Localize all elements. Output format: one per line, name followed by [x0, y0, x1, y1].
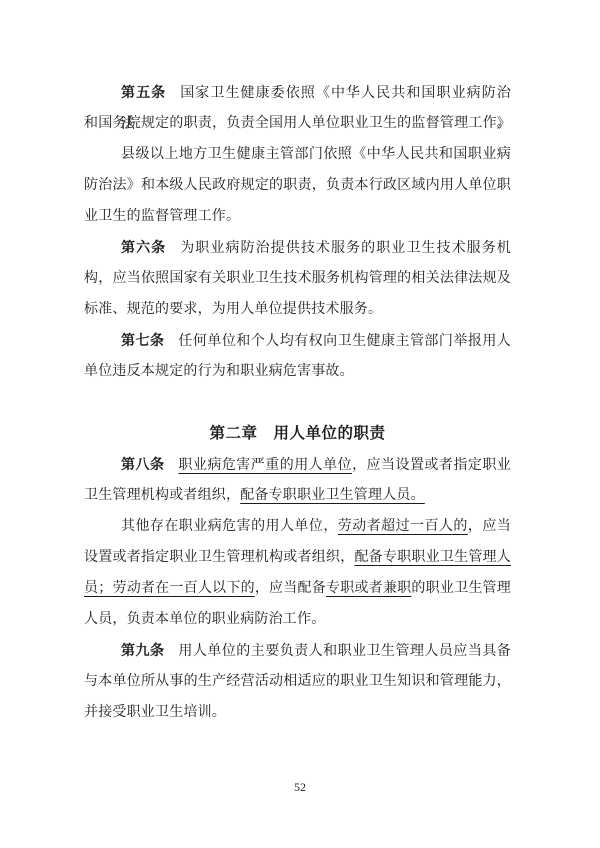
blank-line	[84, 387, 511, 418]
article-number-label: 第五条	[121, 84, 166, 100]
underlined-text: 劳动者超过一百人的	[338, 519, 468, 534]
text-line: 标准、规范的要求，为用人单位提供技术服务。	[84, 294, 511, 325]
line-text: 用人单位的主要负责人和职业卫生管理人员应当具备	[178, 644, 511, 659]
line-text: 人员，负责本单位的职业病防治工作。	[84, 612, 325, 627]
line-text: 为职业病防治提供技术服务的职业卫生技术服务机	[180, 241, 511, 256]
line-text: ，应当配备	[255, 581, 326, 596]
line-text: 与本单位所从事的生产经营活动相适应的职业卫生知识和管理能力，	[84, 674, 511, 689]
document-page: 第五条国家卫生健康委依照《中华人民共和国职业病防治法》 和国务院规定的职责，负责…	[0, 0, 600, 848]
text-line: 其他存在职业病危害的用人单位，劳动者超过一百人的，应当	[84, 511, 511, 542]
underlined-text: 配备专职职业卫生管理人	[354, 550, 511, 565]
chapter-heading: 第二章 用人单位的职责	[84, 418, 511, 449]
line-text: 任何单位和个人均有权向卫生健康主管部门举报用人	[178, 334, 511, 349]
document-body: 第五条国家卫生健康委依照《中华人民共和国职业病防治法》 和国务院规定的职责，负责…	[84, 77, 511, 728]
text-line: 第五条国家卫生健康委依照《中华人民共和国职业病防治法》	[84, 77, 511, 108]
line-text: ，应当设置或者指定职业	[352, 458, 511, 473]
text-line: 第六条为职业病防治提供技术服务的职业卫生技术服务机	[84, 232, 511, 263]
line-text: 构，应当依照国家有关职业卫生技术服务机构管理的相关法律法规及	[84, 271, 511, 286]
line-text: 的职业卫生管理	[411, 581, 511, 596]
text-line: 卫生管理机构或者组织，配备专职职业卫生管理人员。	[84, 480, 511, 511]
underlined-text: 专职或者兼职	[326, 581, 411, 596]
article-number-label: 第七条	[121, 332, 164, 348]
text-line: 第八条职业病危害严重的用人单位，应当设置或者指定职业	[84, 449, 511, 480]
line-text: 标准、规范的要求，为用人单位提供技术服务。	[84, 302, 382, 317]
text-line: 和国务院规定的职责，负责全国用人单位职业卫生的监督管理工作。	[84, 108, 511, 139]
text-line: 业卫生的监督管理工作。	[84, 201, 511, 232]
line-text: 业卫生的监督管理工作。	[84, 209, 240, 224]
text-line: 第七条任何单位和个人均有权向卫生健康主管部门举报用人	[84, 325, 511, 356]
line-text: 防治法》和本级人民政府规定的职责，负责本行政区域内用人单位职	[84, 178, 511, 193]
page-number: 52	[0, 780, 600, 795]
line-text: 设置或者指定职业卫生管理机构或者组织，	[84, 550, 354, 565]
line-text: 和国务院规定的职责，负责全国用人单位职业卫生的监督管理工作。	[84, 116, 511, 131]
article-number-label: 第九条	[121, 642, 164, 658]
text-line: 县级以上地方卫生健康主管部门依照《中华人民共和国职业病	[84, 139, 511, 170]
text-line: 员；劳动者在一百人以下的，应当配备专职或者兼职的职业卫生管理	[84, 573, 511, 604]
line-text: 卫生管理机构或者组织，	[84, 488, 240, 503]
underlined-text: 员；劳动者在一百人以下的	[84, 581, 255, 596]
line-text: 其他存在职业病危害的用人单位，	[121, 519, 338, 534]
text-line: 单位违反本规定的行为和职业病危害事故。	[84, 356, 511, 387]
line-text: 并接受职业卫生培训。	[84, 705, 226, 720]
article-number-label: 第八条	[121, 456, 164, 472]
underlined-text: 配备专职职业卫生管理人员。	[240, 488, 425, 503]
underlined-text: 职业病危害严重的用人单位	[178, 458, 352, 473]
text-line: 并接受职业卫生培训。	[84, 697, 511, 728]
line-text: 县级以上地方卫生健康主管部门依照《中华人民共和国职业病	[121, 147, 511, 162]
text-line: 构，应当依照国家有关职业卫生技术服务机构管理的相关法律法规及	[84, 263, 511, 294]
text-line: 防治法》和本级人民政府规定的职责，负责本行政区域内用人单位职	[84, 170, 511, 201]
text-line: 人员，负责本单位的职业病防治工作。	[84, 604, 511, 635]
text-line: 与本单位所从事的生产经营活动相适应的职业卫生知识和管理能力，	[84, 666, 511, 697]
article-number-label: 第六条	[121, 239, 166, 255]
line-text: ，应当	[468, 519, 511, 534]
line-text: 单位违反本规定的行为和职业病危害事故。	[84, 364, 354, 379]
text-line: 第九条用人单位的主要负责人和职业卫生管理人员应当具备	[84, 635, 511, 666]
text-line: 设置或者指定职业卫生管理机构或者组织，配备专职职业卫生管理人	[84, 542, 511, 573]
